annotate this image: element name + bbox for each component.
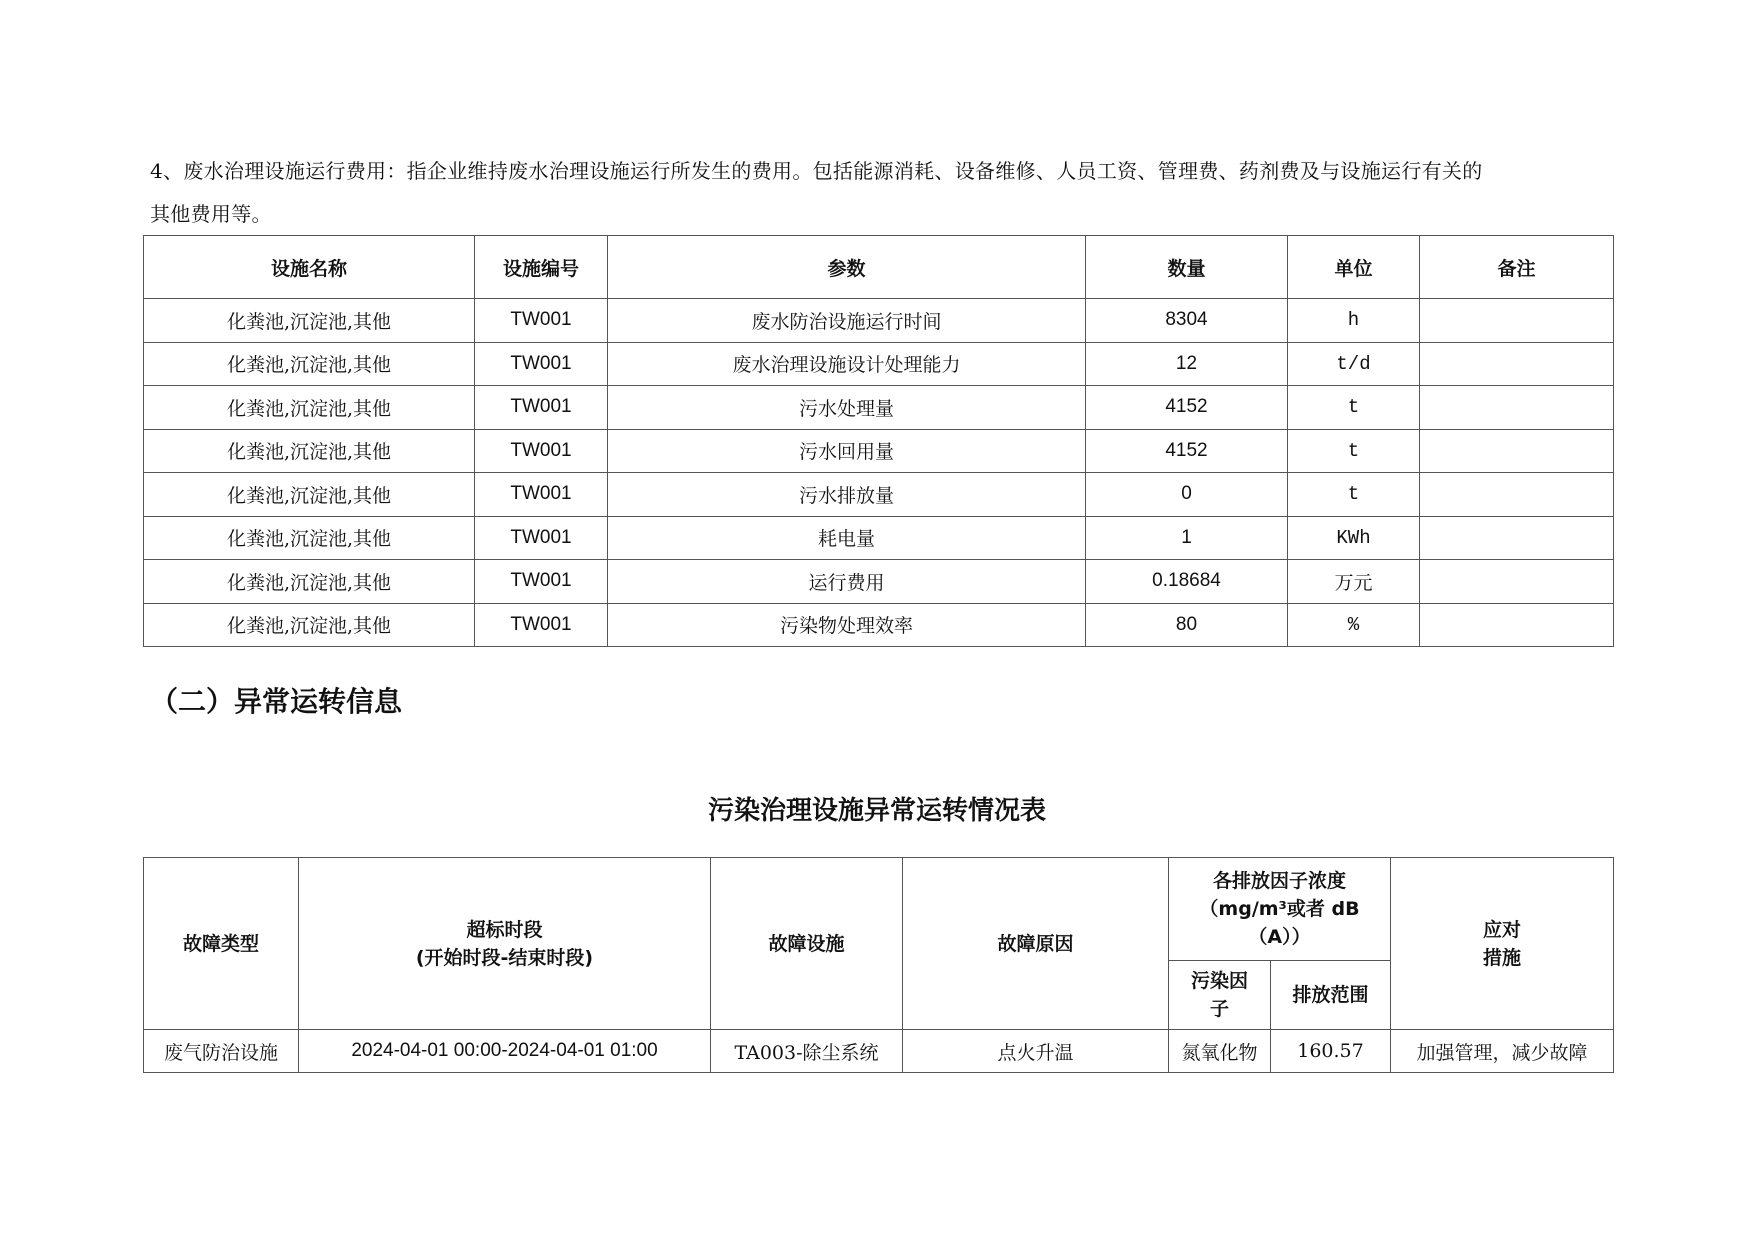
- wastewater-cost-table: 设施名称 设施编号 参数 数量 单位 备注 化粪池,沉淀池,其他 TW001 废…: [143, 235, 1614, 647]
- cell-note: [1420, 429, 1614, 473]
- table-row: 化粪池,沉淀池,其他 TW001 运行费用 0.18684 万元: [144, 560, 1614, 604]
- cell-facility-code: TW001: [475, 560, 608, 604]
- cell-note: [1420, 603, 1614, 647]
- cell-unit: %: [1288, 603, 1420, 647]
- intro-line-1: 4、废水治理设施运行费用：指企业维持废水治理设施运行所发生的费用。包括能源消耗、…: [150, 159, 1483, 183]
- header-facility-name: 设施名称: [144, 236, 475, 299]
- cell-facility-name: 化粪池,沉淀池,其他: [144, 299, 475, 343]
- header-fault-reason: 故障原因: [903, 858, 1169, 1030]
- table-row: 化粪池,沉淀池,其他 TW001 污水排放量 0 t: [144, 473, 1614, 517]
- header-period-line-1: 超标时段: [466, 919, 542, 941]
- cell-parameter: 污水排放量: [608, 473, 1086, 517]
- cell-unit: KWh: [1288, 516, 1420, 560]
- cell-note: [1420, 342, 1614, 386]
- cell-facility-code: TW001: [475, 473, 608, 517]
- cell-parameter: 污水回用量: [608, 429, 1086, 473]
- header-exceed-period: 超标时段 (开始时段-结束时段): [299, 858, 711, 1030]
- cell-exceed-period: 2024-04-01 00:00-2024-04-01 01:00: [299, 1030, 711, 1073]
- cell-note: [1420, 473, 1614, 517]
- cell-note: [1420, 299, 1614, 343]
- header-countermeasure: 应对 措施: [1391, 858, 1614, 1030]
- cell-unit: t: [1288, 429, 1420, 473]
- cell-unit: t: [1288, 473, 1420, 517]
- cell-countermeasure: 加强管理，减少故障: [1391, 1030, 1614, 1073]
- cell-quantity: 0: [1086, 473, 1288, 517]
- cell-facility-code: TW001: [475, 342, 608, 386]
- cell-unit: 万元: [1288, 560, 1420, 604]
- cell-unit: h: [1288, 299, 1420, 343]
- section-heading-abnormal-operation: （二）异常运转信息: [150, 680, 402, 720]
- cell-parameter: 污染物处理效率: [608, 603, 1086, 647]
- cell-fault-type: 废气防治设施: [144, 1030, 299, 1073]
- cell-fault-facility: TA003-除尘系统: [711, 1030, 903, 1073]
- cell-facility-code: TW001: [475, 386, 608, 430]
- cell-note: [1420, 516, 1614, 560]
- cell-quantity: 4152: [1086, 429, 1288, 473]
- cell-parameter: 污水处理量: [608, 386, 1086, 430]
- table-row: 化粪池,沉淀池,其他 TW001 污水处理量 4152 t: [144, 386, 1614, 430]
- header-concentration-line-2: （mg/m³或者 dB: [1199, 898, 1359, 920]
- header-concentration-line-3: （A））: [1248, 926, 1310, 948]
- header-parameter: 参数: [608, 236, 1086, 299]
- cell-note: [1420, 386, 1614, 430]
- cell-emission-range: 160.57: [1271, 1030, 1391, 1073]
- header-note: 备注: [1420, 236, 1614, 299]
- cell-quantity: 12: [1086, 342, 1288, 386]
- cell-note: [1420, 560, 1614, 604]
- cell-pollutant: 氮氧化物: [1169, 1030, 1271, 1073]
- cell-facility-name: 化粪池,沉淀池,其他: [144, 429, 475, 473]
- cell-quantity: 80: [1086, 603, 1288, 647]
- abnormal-operation-table: 故障类型 超标时段 (开始时段-结束时段) 故障设施 故障原因 各排放因子浓度 …: [143, 857, 1614, 1073]
- cell-facility-code: TW001: [475, 516, 608, 560]
- cell-fault-reason: 点火升温: [903, 1030, 1169, 1073]
- header-pollutant: 污染因 子: [1169, 961, 1271, 1030]
- cell-parameter: 运行费用: [608, 560, 1086, 604]
- intro-line-2: 其他费用等。: [150, 193, 1620, 236]
- abnormal-table-title: 污染治理设施异常运转情况表: [0, 790, 1754, 827]
- header-measure-line-1: 应对: [1483, 919, 1521, 941]
- cell-quantity: 8304: [1086, 299, 1288, 343]
- table-row: 化粪池,沉淀池,其他 TW001 污染物处理效率 80 %: [144, 603, 1614, 647]
- cell-unit: t/d: [1288, 342, 1420, 386]
- header-fault-facility: 故障设施: [711, 858, 903, 1030]
- header-pollutant-line-2: 子: [1210, 998, 1229, 1020]
- cell-facility-name: 化粪池,沉淀池,其他: [144, 386, 475, 430]
- table-header-row: 故障类型 超标时段 (开始时段-结束时段) 故障设施 故障原因 各排放因子浓度 …: [144, 858, 1614, 961]
- cell-unit: t: [1288, 386, 1420, 430]
- cell-parameter: 耗电量: [608, 516, 1086, 560]
- header-concentration-line-1: 各排放因子浓度: [1213, 870, 1346, 892]
- header-fault-type: 故障类型: [144, 858, 299, 1030]
- table-header-row: 设施名称 设施编号 参数 数量 单位 备注: [144, 236, 1614, 299]
- table-row: 化粪池,沉淀池,其他 TW001 废水治理设施设计处理能力 12 t/d: [144, 342, 1614, 386]
- cell-parameter: 废水防治设施运行时间: [608, 299, 1086, 343]
- cell-facility-name: 化粪池,沉淀池,其他: [144, 516, 475, 560]
- intro-paragraph: 4、废水治理设施运行费用：指企业维持废水治理设施运行所发生的费用。包括能源消耗、…: [150, 150, 1620, 236]
- header-facility-code: 设施编号: [475, 236, 608, 299]
- table-row: 化粪池,沉淀池,其他 TW001 废水防治设施运行时间 8304 h: [144, 299, 1614, 343]
- cell-facility-name: 化粪池,沉淀池,其他: [144, 473, 475, 517]
- cell-quantity: 1: [1086, 516, 1288, 560]
- header-unit: 单位: [1288, 236, 1420, 299]
- cell-parameter: 废水治理设施设计处理能力: [608, 342, 1086, 386]
- cell-quantity: 4152: [1086, 386, 1288, 430]
- table-row: 废气防治设施 2024-04-01 00:00-2024-04-01 01:00…: [144, 1030, 1614, 1073]
- cell-quantity: 0.18684: [1086, 560, 1288, 604]
- cell-facility-code: TW001: [475, 299, 608, 343]
- header-measure-line-2: 措施: [1483, 947, 1521, 969]
- cell-facility-name: 化粪池,沉淀池,其他: [144, 560, 475, 604]
- header-emission-range: 排放范围: [1271, 961, 1391, 1030]
- header-concentration: 各排放因子浓度 （mg/m³或者 dB （A））: [1169, 858, 1391, 961]
- table-row: 化粪池,沉淀池,其他 TW001 耗电量 1 KWh: [144, 516, 1614, 560]
- header-period-line-2: (开始时段-结束时段): [416, 947, 593, 969]
- cell-facility-code: TW001: [475, 429, 608, 473]
- header-pollutant-line-1: 污染因: [1191, 970, 1248, 992]
- cell-facility-code: TW001: [475, 603, 608, 647]
- table-row: 化粪池,沉淀池,其他 TW001 污水回用量 4152 t: [144, 429, 1614, 473]
- header-quantity: 数量: [1086, 236, 1288, 299]
- cell-facility-name: 化粪池,沉淀池,其他: [144, 603, 475, 647]
- cell-facility-name: 化粪池,沉淀池,其他: [144, 342, 475, 386]
